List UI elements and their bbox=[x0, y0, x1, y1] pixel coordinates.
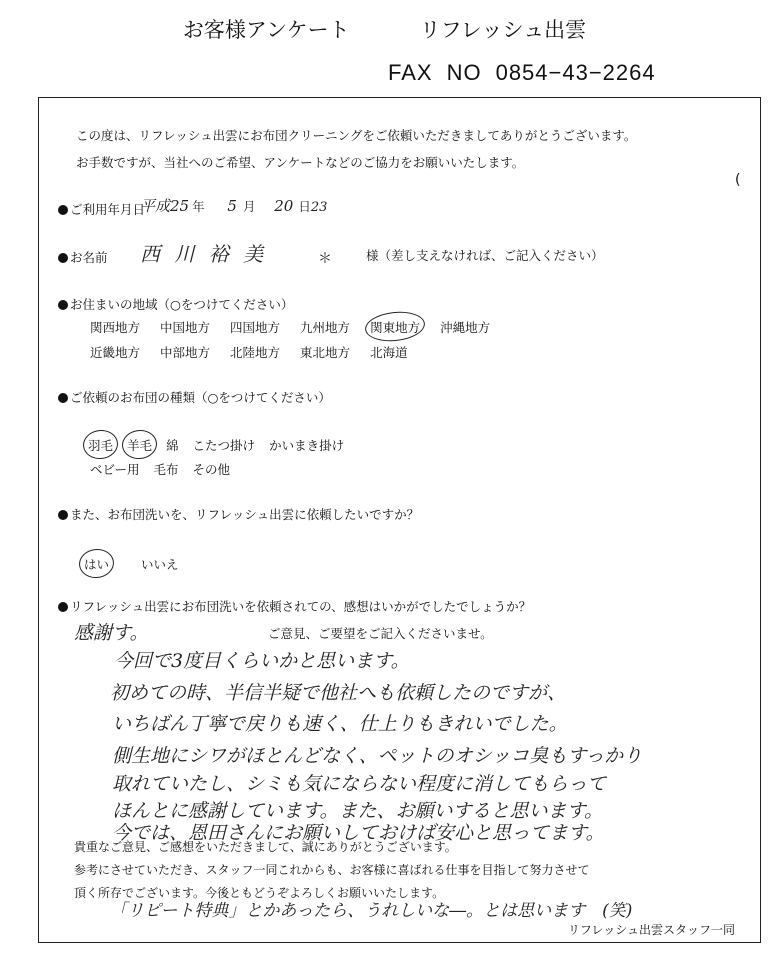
handwritten-line: 側生地にシワがほとんどなく、ペットのオシッコ臭もすっかり bbox=[112, 741, 642, 768]
closing-line-1: 貴重なご意見、ご感想をいただきまして、誠にありがとうございます。 bbox=[74, 838, 457, 855]
handwritten-line: 今回で3度目くらいかと思います。 bbox=[114, 646, 410, 673]
handwritten-note: 「リピート特典」とかあったら、うれしいな―。とは思います (笑) bbox=[110, 896, 632, 921]
fax-number-line: FAXNO0854−43−2264 bbox=[388, 60, 656, 86]
region-option-chugoku[interactable]: 中国地方 bbox=[160, 318, 210, 336]
fax-label: FAX bbox=[388, 60, 433, 85]
bullet-icon bbox=[58, 205, 68, 215]
survey-title: お客様アンケートリフレッシュ出雲 bbox=[0, 14, 769, 44]
day-value: 20 bbox=[274, 197, 293, 215]
month-unit: 月 bbox=[243, 199, 256, 214]
handwritten-line: 初めての時、半信半疑で他社へも依頼したのですが、 bbox=[110, 678, 566, 705]
impression-question: リフレッシュ出雲にお布団洗いを依頼されての、感想はいかがでしたでしょうか？ bbox=[58, 597, 531, 615]
repeat-option-no[interactable]: いいえ bbox=[141, 555, 179, 573]
region-option-hokuriku[interactable]: 北陸地方 bbox=[230, 343, 280, 361]
handwritten-line: 取れていたし、シミも気にならない程度に消してもらって bbox=[112, 769, 606, 796]
intro-line-2: お手数ですが、当社へのご希望、アンケートなどのご協力をお願いいたします。 bbox=[76, 153, 524, 171]
repeat-option-yes-selected[interactable]: はい bbox=[84, 555, 109, 573]
futon-option-baby[interactable]: ベビー用 bbox=[90, 460, 140, 478]
usage-date-field[interactable]: 平成25年 5月 20日23 bbox=[140, 195, 327, 216]
bullet-icon bbox=[58, 300, 68, 310]
usage-date-question: ご利用年月日 bbox=[58, 200, 145, 218]
staff-signature: リフレッシュ出雲スタッフ一同 bbox=[568, 921, 735, 938]
futon-type-label: ご依頼のお布団の種類（○をつけてください） bbox=[70, 390, 331, 405]
brand-name: リフレッシュ出雲 bbox=[420, 18, 587, 42]
region-option-shikoku[interactable]: 四国地方 bbox=[230, 318, 280, 336]
futon-option-other[interactable]: その他 bbox=[193, 460, 231, 478]
region-label: お住まいの地域（○をつけてください） bbox=[70, 297, 293, 312]
repeat-label: また、お布団洗いを、リフレッシュ出雲に依頼したいですか？ bbox=[70, 507, 419, 522]
impression-handwritten-lead: 感謝す。 bbox=[74, 618, 148, 645]
region-option-kansai[interactable]: 関西地方 bbox=[90, 318, 140, 336]
bullet-icon bbox=[58, 393, 68, 403]
repeat-question: また、お布団洗いを、リフレッシュ出雲に依頼したいですか？ bbox=[58, 505, 419, 523]
futon-option-kaimaki[interactable]: かいまき掛け bbox=[269, 436, 344, 454]
region-option-kinki[interactable]: 近畿地方 bbox=[90, 343, 140, 361]
bullet-icon bbox=[58, 253, 68, 263]
region-option-tohoku[interactable]: 東北地方 bbox=[300, 343, 350, 361]
futon-option-cotton[interactable]: 綿 bbox=[166, 436, 179, 454]
year-unit: 年 bbox=[192, 199, 205, 214]
month-value: 5 bbox=[227, 197, 237, 215]
usage-date-label: ご利用年月日 bbox=[70, 202, 145, 217]
futon-option-blanket[interactable]: 毛布 bbox=[154, 460, 179, 478]
region-option-kyushu[interactable]: 九州地方 bbox=[300, 318, 350, 336]
futon-option-kotatsu[interactable]: こたつ掛け bbox=[193, 436, 256, 454]
futon-options-row-1: 羽毛羊毛綿こたつ掛けかいまき掛け bbox=[88, 436, 362, 454]
name-field[interactable]: 西 川 裕 美 bbox=[140, 238, 267, 267]
region-question: お住まいの地域（○をつけてください） bbox=[58, 295, 293, 313]
closing-line-2: 参考にさせていただき、スタッフ一同これからも、お客様に喜ばれる仕事を目指して努力… bbox=[74, 861, 590, 878]
intro-line-1: この度は、リフレッシュ出雲にお布団クリーニングをご依頼いただきましてありがとうご… bbox=[76, 126, 636, 144]
futon-type-question: ご依頼のお布団の種類（○をつけてください） bbox=[58, 388, 331, 406]
year-value: 25 bbox=[170, 197, 189, 215]
futon-option-down-selected[interactable]: 羽毛 bbox=[88, 436, 113, 454]
futon-options-row-2: ベビー用毛布その他 bbox=[90, 460, 248, 478]
day-unit: 日 bbox=[298, 199, 311, 214]
impression-label: リフレッシュ出雲にお布団洗いを依頼されての、感想はいかがでしたでしょうか？ bbox=[70, 599, 531, 614]
region-option-okinawa[interactable]: 沖縄地方 bbox=[440, 318, 490, 336]
name-mark: ＊ bbox=[318, 248, 332, 268]
bullet-icon bbox=[58, 602, 68, 612]
margin-mark: ( bbox=[735, 172, 740, 188]
fax-number: 0854−43−2264 bbox=[496, 60, 656, 85]
handwritten-line: いちばん丁寧で戻りも速く、仕上りもきれいでした。 bbox=[112, 709, 568, 736]
region-options-row-1: 関西地方中国地方四国地方九州地方関東地方沖縄地方 bbox=[90, 318, 508, 336]
bullet-icon bbox=[58, 510, 68, 520]
name-question: お名前 bbox=[58, 248, 108, 266]
region-option-chubu[interactable]: 中部地方 bbox=[160, 343, 210, 361]
impression-prompt: ご意見、ご要望をご記入くださいませ。 bbox=[268, 624, 493, 642]
title-text: お客様アンケート bbox=[183, 18, 350, 42]
name-suffix: 様（差し支えなければ、ご記入ください） bbox=[366, 246, 604, 264]
futon-option-wool-selected[interactable]: 羊毛 bbox=[127, 436, 152, 454]
region-option-hokkaido[interactable]: 北海道 bbox=[370, 343, 408, 361]
region-option-kanto-selected[interactable]: 関東地方 bbox=[370, 318, 420, 336]
era-value: 平成 bbox=[140, 197, 170, 215]
fax-no-label: NO bbox=[447, 60, 482, 85]
repeat-options: はいいいえ bbox=[84, 555, 197, 573]
name-label: お名前 bbox=[70, 250, 108, 265]
day-extra: 23 bbox=[311, 200, 328, 215]
region-options-row-2: 近畿地方中部地方北陸地方東北地方北海道 bbox=[90, 343, 426, 361]
